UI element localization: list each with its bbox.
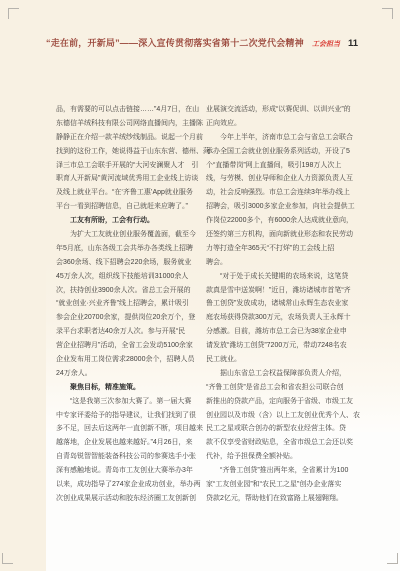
text-line: 线，与劳模、创业导师和企业人力资源负责人互 (206, 172, 354, 186)
text-line: 据山东省总工会权益保障部负责人介绍， (206, 367, 354, 381)
text-line: 工友有所盼，工会有行动。 (56, 214, 204, 228)
text-line: 代补，给予担保费全额补贴。 (206, 450, 354, 464)
text-line: 聚焦目标，精准施策。 (56, 381, 204, 395)
text-line: 及线上就业平台。“在‘齐鲁工惠’App就业服务 (56, 186, 204, 200)
text-line: 分感激。目前，潍坊市总工会已为38家企业申 (206, 325, 354, 339)
text-line: 次创业成果展示活动和胶东经济圈工友创新创 (56, 492, 204, 506)
text-line: 为扩大工友就业创业服务覆盖面，截至今 (56, 228, 204, 242)
crop-mark-top-left (8, 8, 19, 19)
text-line: 还签约第三方机构，面向新就业形态和农民劳动 (206, 228, 354, 242)
text-line: 越落地，企业发展也越来越好。”4月26日，来 (56, 436, 204, 450)
text-line: 品，有需要的可以点击链接……”4月7日，在山 (56, 103, 204, 117)
text-line: 民工之星或联合创办的新型农业经营主体。贷 (206, 422, 354, 436)
page-header: “走在前，开新局”——深入宣传贯彻落实省第十二次党代会精神 工会担当 11 (46, 36, 358, 49)
header-right-group: 工会担当 11 (312, 38, 358, 49)
text-line: 款真是雪中送炭啊！”近日，潍坊诸城市首笔“齐 (206, 284, 354, 298)
text-line: 深有感触地说。青岛市工友创业大赛举办3年 (56, 464, 204, 478)
text-line: 款不仅享受省财政贴息，全省市级总工会还以奖 (206, 436, 354, 450)
text-line: 泽三市总工会联手开展的“大河安澜聚人才 引 (56, 159, 204, 173)
crop-mark-bottom-left (2, 553, 13, 564)
text-line: 业展演交流活动，形成“以赛促训、以训兴业”的 (206, 103, 354, 117)
text-line: 中专家评委给予的指导建议，让我们找到了很 (56, 409, 204, 423)
text-line: 静静正在介绍一款羊绒纱线制品。说起一个月前 (56, 131, 204, 145)
text-line: 力等打造全年365天“不打烊”的工会线上招 (206, 242, 354, 256)
text-line: 请发放“潍坊工创贷”7200万元，带动7248名农 (206, 339, 354, 353)
running-head-title: “走在前，开新局”——深入宣传贯彻落实省第十二次党代会精神 (46, 36, 304, 49)
text-line: 录平台求职者达40余万人次。参与开展“民 (56, 325, 204, 339)
text-line: 24万余人。 (56, 367, 204, 381)
text-line: 家“工友创业园”和“农民工之星”创办企业落实 (206, 478, 354, 492)
text-line: 找到的这份工作，她说得益于山东东营、德州、菏 (56, 145, 204, 159)
article-column-left: 品，有需要的可以点击链接……”4月7日，在山东德信羊绒科技有限公司网络直播间内，… (56, 103, 204, 506)
text-line: 正向效应。 (206, 117, 354, 131)
section-badge: 工会担当 (312, 39, 340, 49)
text-line: “对于处于成长关键期的农场来说，这笔贷 (206, 270, 354, 284)
text-line: “齐鲁工创贷”是省总工会和省农担公司联合创 (206, 381, 354, 395)
text-line: 次，扶持创业3900余人次。省总工会开展的 (56, 284, 204, 298)
text-line: 自青岛锐智智能装备科技公司的参赛选手小张 (56, 450, 204, 464)
text-line: 今年上半年，济南市总工会与省总工会联合 (206, 131, 354, 145)
text-line: 平台一看到招聘信息，自己就赶来应聘了。” (56, 200, 204, 214)
text-line: “就业创业·兴业齐鲁”线上招聘会，累计吸引 (56, 297, 204, 311)
text-line: 参会企业20700余家，提供岗位20余万个，登 (56, 311, 204, 325)
text-line: 会360余场、线下招聘会220余场，服务就业 (56, 256, 204, 270)
text-line: 企业发布用工岗位需求28000余个，招聘人员 (56, 353, 204, 367)
page-number: 11 (348, 38, 358, 49)
text-line: 个“直播带岗”网上直播间，吸引198万人次上 (206, 159, 354, 173)
text-line: 创业园以及市级（含）以上工友创业优秀个人、农 (206, 409, 354, 423)
text-line: 新推出的贷款产品，定向服务于省级、市级工友 (206, 395, 354, 409)
text-line: 聘会。 (206, 256, 354, 270)
text-line: “齐鲁工创贷”推出两年来，全省累计为100 (206, 464, 354, 478)
text-line: 作岗位22000多个，有6000余人达成就业意向， (206, 214, 354, 228)
article-column-right: 业展演交流活动，形成“以赛促训、以训兴业”的正向效应。 今年上半年，济南市总工会… (206, 103, 354, 506)
crop-mark-bottom-right (387, 553, 398, 564)
text-line: 东德信羊绒科技有限公司网络直播间内，主播陈 (56, 117, 204, 131)
crop-mark-top-right (382, 8, 393, 19)
text-line: 鲁工创贷”发放成功，诸城常山永辉生态农业家 (206, 297, 354, 311)
text-line: “这是我第三次参加大赛了。第一届大赛 (56, 395, 204, 409)
left-margin-band (0, 0, 46, 571)
text-line: 招聘会，吸引3000多家企业参加，向社会提供工 (206, 200, 354, 214)
text-line: 民工就业。 (206, 353, 354, 367)
text-line: 年5月底，山东各级工会共举办各类线上招聘 (56, 242, 204, 256)
text-line: 多不足，回去后这两年一直创新不断，项目越来 (56, 422, 204, 436)
text-line: 45万余人次，组织线下技能培训31000余人 (56, 270, 204, 284)
text-line: 庭农场获得贷款300万元，农场负责人王永辉十 (206, 311, 354, 325)
text-line: 职育人开新局”黄河流域优秀用工企业线上访谈 (56, 172, 204, 186)
text-line: 以来，成功指导了274家企业成功创业，举办两 (56, 478, 204, 492)
text-line: 承办全国工会就业创业服务系列活动，开设了5 (206, 145, 354, 159)
text-line: 营企业招聘月”活动，全省工会发动5100余家 (56, 339, 204, 353)
text-line: 贷款2亿元，帮助他们在致富路上展翅翱翔。 (206, 492, 354, 506)
text-line: 动，社会反响强烈。市总工会连续3年举办线上 (206, 186, 354, 200)
